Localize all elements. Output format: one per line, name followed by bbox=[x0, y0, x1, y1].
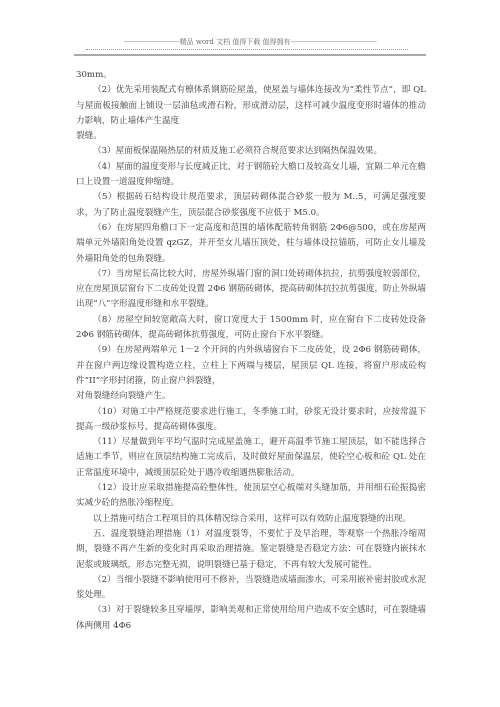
header-left-dashes: ------------------------------ bbox=[124, 38, 180, 46]
document-body: 30mm。 （2）优先采用装配式有檩体系钢筋砼屋盖，使屋盖与墙体连接改为“柔性节… bbox=[76, 68, 426, 634]
paragraph: （3）对于裂缝较多且穿墙厚，影响美观和正常使用给用户造成不安全感时，可在裂缝墙体… bbox=[76, 603, 426, 634]
paragraph: （4）屋面的温度变形与长度减正比，对于钢筋砼大檐口及较高女儿墙，宜隔二单元在檐口… bbox=[76, 160, 426, 191]
paragraph: （5）根据砖石结构设计规范要求，顶层砖砌体混合砂浆一般为 M..5，可满足强度要… bbox=[76, 190, 426, 221]
paragraph: （11）尽量做到年平均气温时完成屋盖施工，避开高温季节施工屋顶层，如不能选择合适… bbox=[76, 435, 426, 481]
paragraph: 裂缝。 bbox=[76, 129, 426, 144]
paragraph: 以上措施可结合工程项目的具体精况综合采用，这样可以有效防止温度裂缝的出现。 bbox=[76, 512, 426, 527]
paragraph: （7）当房屋长高比较大时，房屋外纵墙门窗的洞口处砖砌体抗拉，抗剪强度较弱部位，应… bbox=[76, 267, 426, 313]
paragraph: （2）当细小裂缝不影响使用可不修补，当裂缝造成墙面渗水，可采用嵌补密封胶或水泥浆… bbox=[76, 573, 426, 604]
paragraph: （9）在房屋两端单元 1－2 个开间的内外纵墙窗台下二皮砖处，设 2Φ6 钢筋砖… bbox=[76, 343, 426, 389]
header-right-dashes: ----------------------------------------… bbox=[291, 38, 377, 46]
paragraph: （6）在房屋四角檐口下一定高度和范围的墙体配筋转角钢筋 2Φ6@500，或在房屋… bbox=[76, 221, 426, 267]
header-text: 精品 word 文档 值得下载 值得拥有 bbox=[180, 38, 291, 46]
header-dotted-line bbox=[86, 49, 408, 50]
paragraph: 五、温度裂缝治理措施（1）对温度裂等，不要忙于及早治理，等观察一个热胀冷缩周期，… bbox=[76, 527, 426, 573]
header-rule bbox=[74, 54, 426, 56]
paragraph: （2）优先采用装配式有檩体系钢筋砼屋盖，使屋盖与墙体连接改为“柔性节点”，即 Q… bbox=[76, 83, 426, 129]
paragraph: （3）屋面板保温隔热层的材质及施工必须符合规范要求达到隔热保温效果。 bbox=[76, 144, 426, 159]
paragraph: （8）房屋空间较宽敞高大时，窗口宽度大于 1500mm 时，应在窗台下二皮砖处设… bbox=[76, 313, 426, 344]
paragraph: 30mm。 bbox=[76, 68, 426, 83]
document-header: ------------------------------精品 word 文档… bbox=[0, 38, 500, 47]
paragraph: （10）对施工中严格规范要求进行施工，冬季施工时，砂浆无设计要求时，应按常温下提… bbox=[76, 405, 426, 436]
paragraph: 对角裂缝经向裂缝产生。 bbox=[76, 389, 426, 404]
paragraph: （12）设计应采取措施提高砼整体性，使顶层空心板端对头缝加筋，并用细石砼振捣密实… bbox=[76, 481, 426, 512]
